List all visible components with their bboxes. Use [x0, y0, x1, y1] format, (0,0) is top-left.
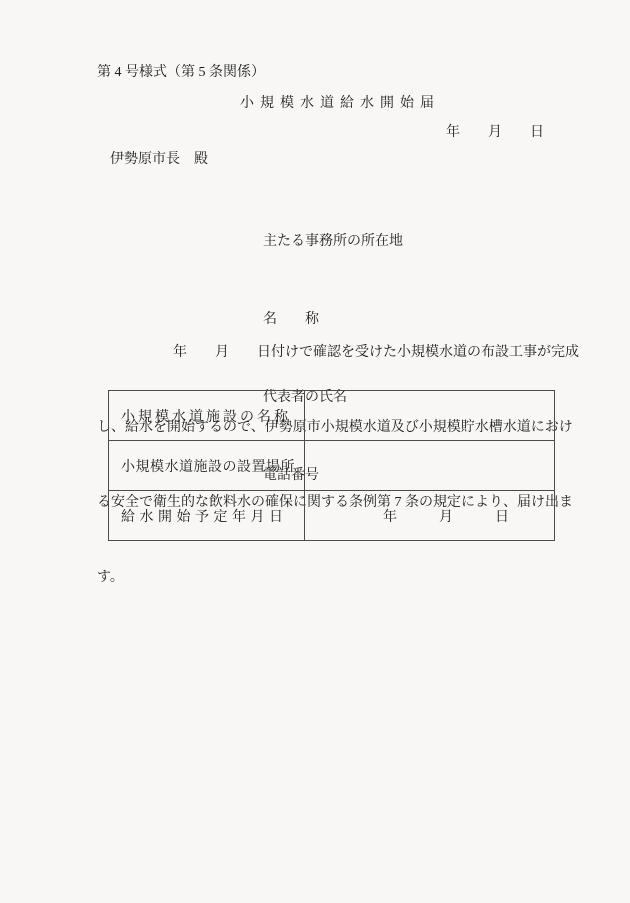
- row-value-cell-facility-location: [305, 441, 554, 490]
- body-line-4: す。: [97, 565, 581, 590]
- table-row-supply-start-date: 給水開始予定年月日 年 月 日: [109, 490, 554, 540]
- row-label: 小規模水道施設の設置場所: [121, 456, 295, 476]
- form-title: 小規模水道給水開始届: [240, 92, 440, 112]
- row-label-cell: 給水開始予定年月日: [109, 491, 305, 540]
- row-label-cell: 小規模水道施設の名称: [109, 391, 305, 440]
- row-value-cell-facility-name: [305, 391, 554, 440]
- document-page: 第 4 号様式（第 5 条関係） 小規模水道給水開始届 年 月 日 伊勢原市長 …: [0, 0, 630, 903]
- row-label: 給水開始予定年月日: [121, 506, 288, 526]
- row-label: 小規模水道施設の名称: [121, 406, 291, 426]
- row-value-cell-supply-start-date: 年 月 日: [305, 491, 554, 540]
- submission-date-line: 年 月 日: [446, 121, 544, 141]
- form-number: 第 4 号様式（第 5 条関係）: [97, 61, 265, 81]
- row-label-cell: 小規模水道施設の設置場所: [109, 441, 305, 490]
- body-line-1: 年 月 日付けで確認を受けた小規模水道の布設工事が完成: [97, 340, 581, 365]
- table-row-facility-location: 小規模水道施設の設置場所: [109, 440, 554, 490]
- table-row-facility-name: 小規模水道施設の名称: [109, 391, 554, 440]
- notification-table: 小規模水道施設の名称 小規模水道施設の設置場所 給水開始予定年月日 年 月 日: [108, 390, 555, 541]
- addressee-line: 伊勢原市長 殿: [110, 148, 208, 168]
- applicant-field-office-address: 主たる事務所の所在地: [263, 229, 403, 255]
